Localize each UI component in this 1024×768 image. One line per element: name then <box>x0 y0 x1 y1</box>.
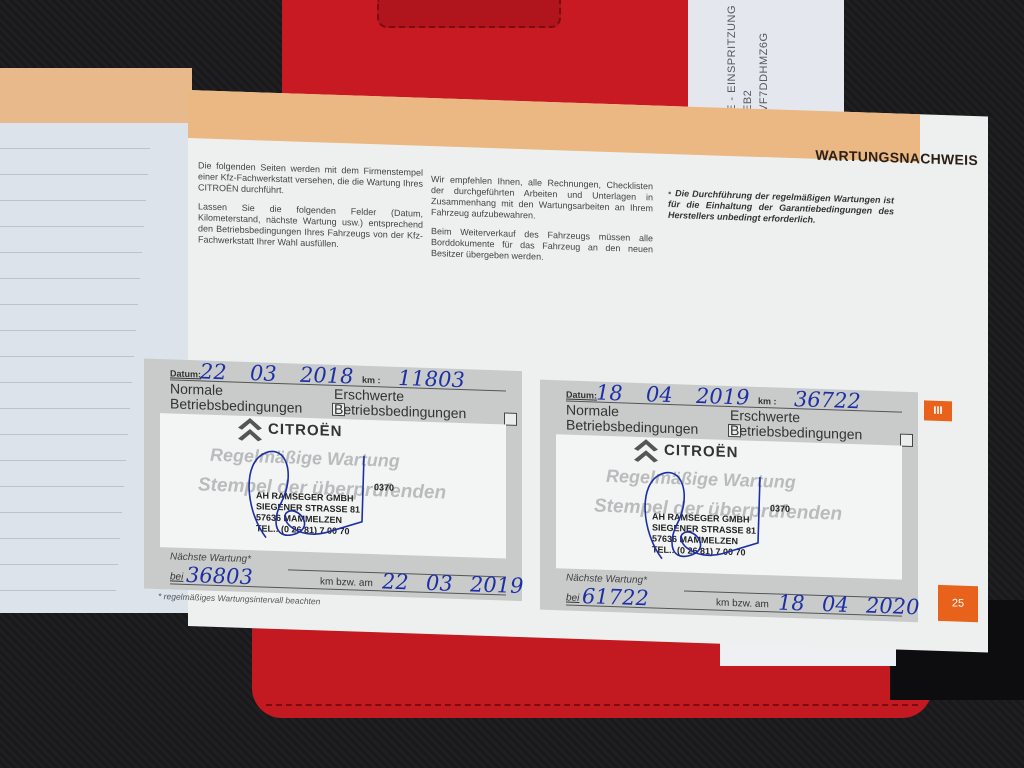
folder-stitching <box>266 704 918 706</box>
date-year: 2019 <box>696 384 749 410</box>
bei-label: bei <box>170 571 183 582</box>
date-year: 2018 <box>300 363 353 389</box>
ruled-line <box>0 304 138 305</box>
service-entry-card: Datum: 18 04 2019 km : 36722 Normale Bet… <box>540 380 918 623</box>
next-service-month: 03 <box>426 571 453 596</box>
km-label: km : <box>362 375 381 386</box>
ruled-line <box>0 278 140 279</box>
doc-line-1: E - EINSPRITZUNG EB2 <box>724 4 756 112</box>
service-record-page: WARTUNGSNACHWEIS Die folgenden Seiten we… <box>188 90 988 653</box>
ruled-line <box>0 226 144 227</box>
doc-line-2: VF7DDHMZ6G <box>756 4 772 112</box>
next-service-year: 2019 <box>470 572 523 598</box>
intro-paragraph: Lassen Sie die folgenden Felder (Datum, … <box>198 201 423 252</box>
intro-column-2: Wir empfehlen Ihnen, alle Rechnungen, Ch… <box>431 174 653 274</box>
signature-scribble-icon <box>632 463 772 572</box>
next-service-km: 36803 <box>186 563 253 589</box>
ruled-line <box>0 200 146 201</box>
severe-conditions-label: Erschwerte Betriebsbedingungen <box>730 408 862 442</box>
citroen-chevrons-icon <box>632 435 660 466</box>
stamp-code: 0370 <box>770 503 790 514</box>
normal-conditions-label: Normale Betriebsbedingungen <box>566 403 698 437</box>
dealer-stamp-area: CITROËN Regelmäßige Wartung Stempel der … <box>160 413 506 558</box>
page-number: 25 <box>938 585 978 622</box>
service-entry-card: Datum: 22 03 2018 km : 11803 Normale Bet… <box>144 359 522 602</box>
left-header-band <box>0 68 192 123</box>
section-marker: III <box>924 400 952 421</box>
date-month: 03 <box>250 361 277 386</box>
citroen-chevrons-icon <box>236 414 264 445</box>
severe-conditions-label: Erschwerte Betriebsbedingungen <box>334 387 466 421</box>
bei-label: bei <box>566 593 579 604</box>
ruled-line <box>0 590 116 591</box>
intro-column-1: Die folgenden Seiten werden mit dem Firm… <box>198 160 423 260</box>
km-bzw-am-label: km bzw. am <box>320 576 373 589</box>
signature-scribble-icon <box>236 442 376 551</box>
ruled-line <box>0 538 120 539</box>
bullet-icon: • <box>668 188 671 198</box>
page-title: WARTUNGSNACHWEIS <box>815 147 978 168</box>
dealer-stamp-area: CITROËN Regelmäßige Wartung Stempel der … <box>556 434 902 579</box>
ruled-line <box>0 512 122 513</box>
folder-pocket <box>377 0 561 28</box>
ruled-line <box>0 174 148 175</box>
intro-paragraph: Beim Weiterverkauf des Fahrzeugs müssen … <box>431 226 653 266</box>
date-label: Datum: <box>566 390 597 401</box>
ruled-line <box>0 330 136 331</box>
ruled-line <box>0 434 128 435</box>
next-service-day: 18 <box>778 591 805 616</box>
next-service-km: 61722 <box>582 584 649 610</box>
vehicle-document-card: E - EINSPRITZUNG EB2 VF7DDHMZ6G <box>688 0 844 112</box>
ruled-line <box>0 564 118 565</box>
odometer-km: 36722 <box>794 387 861 413</box>
next-service-day: 22 <box>382 569 409 594</box>
stamp-code: 0370 <box>374 482 394 493</box>
normal-conditions-label: Normale Betriebsbedingungen <box>170 381 302 415</box>
odometer-km: 11803 <box>398 366 465 392</box>
warranty-notice: •Die Durchführung der regelmäßigen Wartu… <box>668 188 894 228</box>
citroen-logo-text: CITROËN <box>664 442 739 461</box>
date-month: 04 <box>646 382 673 407</box>
next-service-month: 04 <box>822 592 849 617</box>
ruled-line <box>0 356 134 357</box>
date-label: Datum: <box>170 368 201 379</box>
ruled-line <box>0 252 142 253</box>
next-service-year: 2020 <box>866 593 919 619</box>
ruled-line <box>0 460 126 461</box>
citroen-logo-text: CITROËN <box>268 421 343 440</box>
notice-text: Die Durchführung der regelmäßigen Wartun… <box>668 188 894 225</box>
ruled-line <box>0 408 130 409</box>
ruled-line <box>0 148 150 149</box>
intro-paragraph: Wir empfehlen Ihnen, alle Rechnungen, Ch… <box>431 174 653 225</box>
ruled-line <box>0 382 132 383</box>
ruled-line <box>0 486 124 487</box>
intro-paragraph: Die folgenden Seiten werden mit dem Firm… <box>198 160 423 200</box>
km-label: km : <box>758 396 777 407</box>
vehicle-document-text: E - EINSPRITZUNG EB2 VF7DDHMZ6G <box>724 4 772 112</box>
km-bzw-am-label: km bzw. am <box>716 598 769 611</box>
